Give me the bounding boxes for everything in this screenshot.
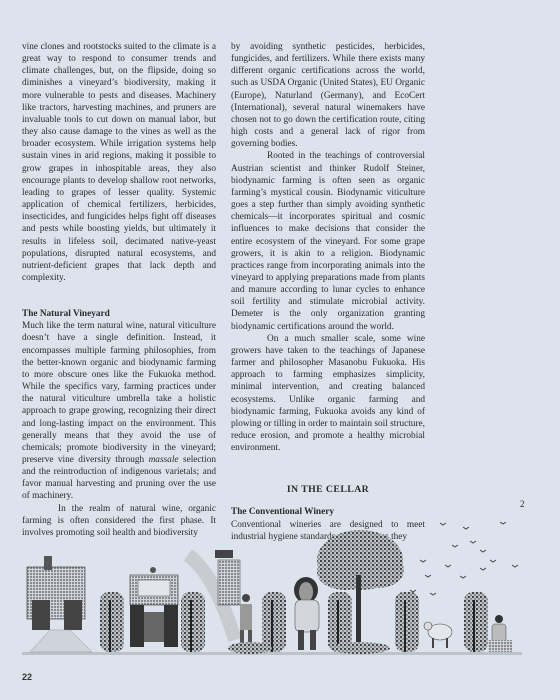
vineyard-illustration: [0, 510, 560, 660]
italic-term: massale: [149, 455, 179, 465]
horse-icon: [294, 577, 319, 650]
ground-line: [22, 652, 522, 655]
tractor-icon: [130, 567, 178, 647]
margin-marker: 2: [520, 499, 525, 509]
seated-worker-icon: [488, 615, 512, 652]
left-column: vine clones and rootstocks suited to the…: [22, 41, 216, 539]
right-column: by avoiding synthetic pesticides, herbic…: [231, 41, 425, 543]
birds-icon: [410, 522, 518, 595]
body-paragraph: vine clones and rootstocks suited to the…: [22, 41, 216, 284]
section-heading: IN THE CELLAR: [231, 484, 425, 496]
body-paragraph: Much like the term natural wine, natural…: [22, 320, 216, 502]
harvester-icon: [27, 556, 92, 652]
subheading-natural-vineyard: The Natural Vineyard: [22, 308, 216, 320]
page-number: 22: [22, 672, 32, 682]
body-paragraph: On a much smaller scale, some wine growe…: [231, 333, 425, 455]
sheep-icon: [424, 622, 452, 648]
body-paragraph: Rooted in the teachings of controversial…: [231, 150, 425, 332]
body-paragraph: by avoiding synthetic pesticides, herbic…: [231, 41, 425, 150]
